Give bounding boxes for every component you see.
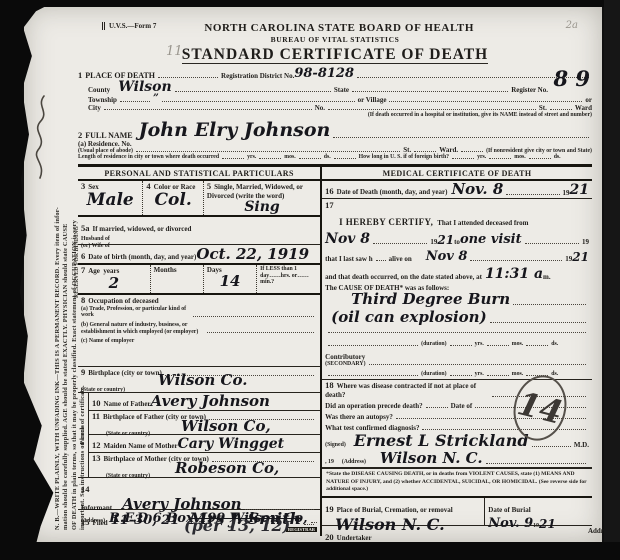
field-number: 11	[92, 411, 100, 421]
address-label: (Address)	[342, 459, 366, 466]
mos-label: mos.	[514, 154, 525, 161]
age-label: Age	[88, 267, 100, 275]
pencil-mark-corner: 2a	[566, 20, 578, 31]
personal-particulars-column: PERSONAL AND STATISTICAL PARTICULARS 3Se…	[78, 167, 322, 536]
less-than-one-day-note: If LESS than 1 day……hrs. or……min.?	[260, 266, 317, 286]
father-name-label: Name of Father	[104, 400, 151, 408]
certificate-title: STANDARD CERTIFICATE OF DEATH	[182, 46, 488, 64]
attended-from-year: 21	[437, 234, 454, 246]
year-prefix: 19	[563, 189, 570, 197]
married-label: If married, widowed, or divorced	[93, 225, 192, 233]
father-birthplace-row: 11Birthplace of Father (city or town) (S…	[89, 411, 320, 435]
registration-district-value: 98-8128	[294, 67, 354, 80]
city-row: City No. St. Ward	[78, 104, 592, 112]
md-label: M.D.	[574, 441, 589, 449]
header-row: U.V.S.—Form 7 NORTH CAROLINA STATE BOARD…	[78, 22, 592, 34]
occupation-block: 8Occupation of deceased (a) Trade, Profe…	[78, 295, 320, 367]
birthplace-value: Wilson Co.	[158, 373, 247, 388]
yrs-label: yrs.	[477, 154, 486, 161]
nonresident-note: (If nonresident give city or town and St…	[486, 148, 592, 155]
length-of-residence-label: Length of residence in city or town wher…	[78, 154, 219, 161]
hospital-note-row: (If death occurred in a hospital or inst…	[78, 112, 592, 119]
mother-birthplace-value: Robeson Co,	[175, 461, 279, 476]
time-of-death-value: 11:31 a	[485, 267, 543, 281]
field-number: 13	[92, 453, 101, 463]
last-saw-alive-label: that I last saw h	[325, 255, 372, 263]
sex-race-marital-row: 3Sex Male 4Color or Race Col. 5Single, M…	[78, 181, 320, 217]
township-ditto-mark: ”	[153, 94, 159, 104]
street-label: St.	[539, 104, 547, 112]
ds-label: ds.	[324, 154, 331, 161]
bureau-title: BUREAU OF VITAL STATISTICS	[78, 35, 592, 44]
date-of-death-row: 16Date of Death (month, day, and year) N…	[322, 181, 592, 199]
hereby-certify-label: I HEREBY CERTIFY,	[339, 217, 433, 227]
mos-label: mos.	[512, 371, 523, 378]
undertaker-label: Undertaker	[337, 534, 372, 542]
cause-of-death-line2: (oil can explosion)	[331, 310, 487, 325]
certificate-form: U.V.S.—Form 7 NORTH CAROLINA STATE BOARD…	[78, 14, 592, 536]
disease-contracted-label: Where was disease contracted if not at p…	[325, 382, 476, 399]
husband-of-label: Husband of	[81, 236, 317, 243]
attended-deceased-label: That I attended deceased from	[437, 219, 528, 227]
scanned-death-certificate: N. B.—WRITE PLAINLY, WITH UNFADING INK—T…	[0, 0, 620, 560]
street-number-label: No.	[315, 104, 325, 112]
physician-address-value: Wilson N. C.	[380, 451, 483, 466]
occupation-label: Occupation of deceased	[88, 297, 158, 305]
state-or-country-label: (State or country)	[106, 431, 150, 437]
signed-label: (Signed)	[325, 442, 346, 449]
form-number: U.V.S.—Form 7	[102, 22, 156, 30]
field-number: 17	[325, 200, 586, 210]
residence-row: (a) Residence. No. (Usual place of abode…	[78, 140, 592, 155]
state-or-country-label: (State or country)	[81, 387, 125, 393]
state-label: State	[334, 86, 349, 94]
foreign-birth-label: How long in U. S. if of foreign birth?	[359, 154, 449, 161]
mother-birthplace-row: 13Birthplace of Mother (city or town) (S…	[89, 453, 320, 477]
age-years-cell: 7Age years 2	[78, 265, 151, 293]
autopsy-label: Was there an autopsy?	[325, 413, 393, 421]
contributory-label: Contributory	[325, 353, 365, 361]
full-name-row: 2 FULL NAME John Elry Johnson	[78, 121, 592, 140]
marital-value: Sing	[207, 200, 317, 214]
age-less-than-day-cell: If LESS than 1 day……hrs. or……min.?	[257, 265, 320, 293]
ds-label: ds.	[551, 341, 558, 348]
left-margin-note: N. B.—WRITE PLAINLY, WITH UNFADING INK—T…	[54, 94, 87, 530]
field-number: 12	[92, 440, 101, 450]
register-number-value: 8 9	[553, 68, 590, 89]
burial-date-label: Date of Burial	[488, 506, 530, 514]
field-number: 19	[325, 504, 334, 514]
township-row: Township ” or Village or	[78, 94, 592, 104]
age-row: 7Age years 2 Months Days 14 If LESS than…	[78, 265, 320, 295]
pencil-mark-title: 11	[166, 44, 183, 59]
secondary-label: (SECONDARY)	[325, 361, 365, 368]
date-of-birth-label: Date of birth (month, day, and year)	[88, 253, 196, 261]
father-birthplace-value: Wilson Co,	[181, 419, 271, 434]
occupation-trade-label: (a) Trade, Profession, or particular kin…	[81, 306, 190, 319]
date-of-birth-row: 6Date of birth (month, day, and year) Oc…	[78, 245, 320, 265]
cause-of-death-line1: Third Degree Burn	[351, 292, 510, 307]
informant-row: 14 Informant Avery Johnson (Address) R.F…	[78, 478, 320, 510]
date-of-label: Date of	[451, 402, 473, 410]
yrs-label: yrs.	[475, 341, 484, 348]
registrar-tag: REGISTRAR	[286, 527, 317, 532]
burial-place-label: Place of Burial, Cremation, or removal	[337, 506, 453, 514]
scan-edge-bottom	[0, 542, 620, 560]
registration-district-label: Registration District No.	[221, 72, 294, 80]
scan-edge-top	[0, 0, 620, 7]
field-number: 16	[325, 186, 334, 196]
margin-note-line: mation should be carefully supplied. AGE…	[62, 94, 70, 530]
occupation-industry-label: (b) General nature of industry, business…	[81, 322, 204, 335]
certificate-paper: N. B.—WRITE PLAINLY, WITH UNFADING INK—T…	[24, 6, 602, 542]
death-occurred-label: and that death occurred, on the date sta…	[325, 273, 482, 281]
bottom-pencil-note: (per 13, 12)	[184, 518, 290, 534]
county-value: Wilson	[118, 80, 172, 94]
full-name-value: John Elry Johnson	[139, 121, 331, 140]
birthplace-label: Birthplace (city or town)	[88, 369, 162, 377]
city-label: City	[88, 104, 101, 112]
hospital-note: (If death occurred in a hospital or inst…	[368, 112, 592, 119]
burial-row: 19Place of Burial, Cremation, or removal…	[322, 498, 592, 526]
date-of-birth-value: Oct. 22, 1919	[196, 247, 309, 262]
age-days-cell: Days 14	[204, 265, 257, 293]
race-cell: 4Color or Race Col.	[143, 181, 204, 215]
burial-date-cell: Date of Burial Nov. 9 19 21	[485, 498, 592, 525]
burial-place-cell: 19Place of Burial, Cremation, or removal…	[322, 498, 485, 525]
age-months-cell: Months	[151, 265, 204, 293]
duration-label: (duration)	[421, 371, 446, 378]
scan-edge-right	[604, 0, 620, 560]
year-label: , 19	[325, 459, 334, 466]
village-tail-label: or	[585, 96, 592, 104]
meridiem-label: m.	[543, 273, 551, 281]
margin-note-line: important. See instructions on back of c…	[79, 94, 87, 530]
sex-value: Male	[81, 192, 139, 209]
certify-block: 17 I HEREBY CERTIFY, That I attended dec…	[322, 199, 592, 380]
attended-to-value: one visit	[460, 233, 522, 246]
county-label: County	[88, 86, 110, 94]
yrs-label: yrs.	[475, 371, 484, 378]
full-name-label: FULL NAME	[85, 131, 132, 140]
medical-column-title: MEDICAL CERTIFICATE OF DEATH	[322, 167, 592, 181]
last-saw-value: Nov 8	[426, 250, 468, 263]
parents-section: Parents 10Name of Father Avery Johnson 1…	[78, 393, 320, 478]
field-number: 10	[92, 398, 101, 408]
field-number: 1	[78, 70, 82, 80]
mother-name-label: Maiden Name of Mother	[104, 442, 178, 450]
age-years-value: 2	[81, 276, 147, 291]
birthplace-row: 9Birthplace (city or town) (State or cou…	[78, 367, 320, 393]
board-title: NORTH CAROLINA STATE BOARD OF HEALTH	[156, 22, 522, 34]
field-number: 4	[146, 181, 150, 191]
binding-edge-note: RESERVED FOR BINDING	[74, 188, 80, 298]
medical-certificate-column: MEDICAL CERTIFICATE OF DEATH 16Date of D…	[322, 167, 592, 536]
sex-cell: 3Sex Male	[78, 181, 143, 215]
personal-column-title: PERSONAL AND STATISTICAL PARTICULARS	[78, 167, 320, 181]
township-label: Township	[88, 96, 117, 104]
length-of-residence-row: Length of residence in city or town wher…	[78, 154, 592, 161]
county-row: County Wilson State Register No.	[78, 80, 592, 94]
yrs-label: yrs.	[247, 154, 256, 161]
ward-label: Ward	[575, 104, 592, 112]
duration-label: (duration)	[421, 341, 446, 348]
date-of-death-label: Date of Death (month, day, and year)	[337, 188, 448, 196]
married-to-row: 5aIf married, widowed, or divorced Husba…	[78, 217, 320, 245]
alive-on-label: alive on	[389, 255, 412, 263]
ward-label: Ward.	[439, 146, 458, 154]
penciled-stamp-value: 14	[515, 387, 566, 429]
race-value: Col.	[146, 192, 200, 209]
mos-label: mos.	[284, 154, 295, 161]
operation-label: Did an operation precede death?	[325, 402, 422, 410]
village-label: or Village	[358, 96, 387, 104]
marital-label: Single, Married, Widowed, or Divorced (w…	[207, 183, 303, 200]
date-of-death-value: Nov. 8	[451, 182, 503, 197]
field-number: 5	[207, 181, 211, 191]
employer-name-label: (c) Name of employer	[81, 338, 317, 345]
cause-footnote: *State the DISEASE CAUSING DEATH, or in …	[322, 468, 592, 498]
margin-note-line: OF DEATH in plain terms, so that it may …	[71, 94, 79, 530]
marital-cell: 5Single, Married, Widowed, or Divorced (…	[204, 181, 320, 215]
attended-from-value: Nov 8	[325, 232, 370, 246]
field-number: 18	[325, 380, 334, 390]
certificate-title-line: 11 2a STANDARD CERTIFICATE OF DEATH	[78, 46, 592, 64]
months-label: Months	[154, 266, 200, 274]
last-saw-year: 21	[572, 251, 589, 263]
date-of-death-year: 21	[570, 183, 589, 197]
informant-value: Avery Johnson	[122, 497, 241, 512]
age-days-value: 14	[207, 274, 253, 289]
margin-handwriting-scribble	[30, 92, 56, 182]
mos-label: mos.	[512, 341, 523, 348]
register-number-label: Register No.	[511, 86, 548, 94]
street-label: St.	[403, 146, 411, 154]
year-prefix: 19	[582, 238, 589, 246]
physician-signature: Ernest L Strickland	[354, 433, 529, 449]
columns-area: PERSONAL AND STATISTICAL PARTICULARS 3Se…	[78, 164, 592, 536]
ds-label: ds.	[554, 154, 561, 161]
father-name-value: Avery Johnson	[151, 394, 270, 409]
field-number: 20	[325, 532, 334, 542]
